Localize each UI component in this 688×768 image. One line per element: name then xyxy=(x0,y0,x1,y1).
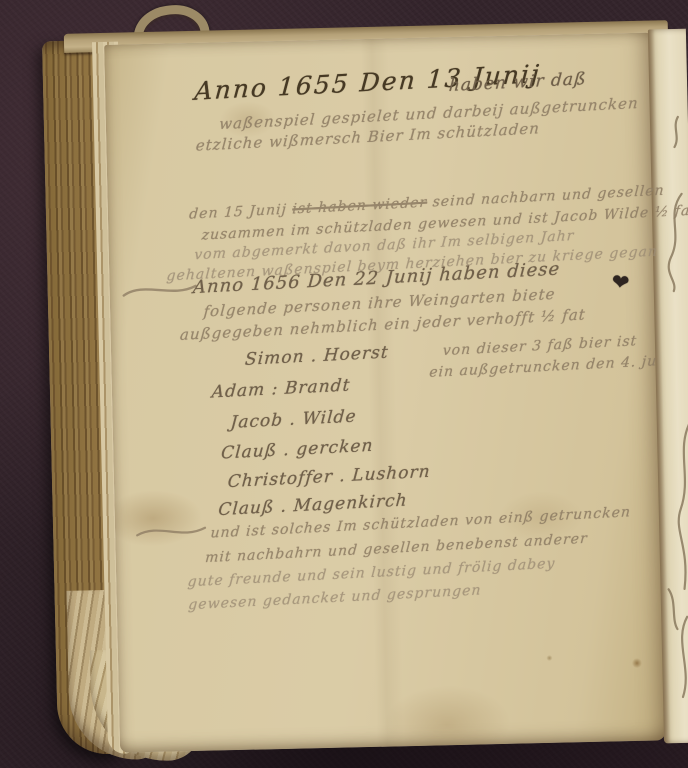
manuscript-book: Anno 1655 Den 13 Junij haben wir daß waß… xyxy=(36,17,688,768)
ink-blot: ❤ xyxy=(610,269,630,295)
photo-background: Anno 1655 Den 13 Junij haben wir daß waß… xyxy=(0,0,688,768)
pen-flourish-dash-2 xyxy=(133,520,210,546)
pen-flourish-dash xyxy=(119,276,200,304)
